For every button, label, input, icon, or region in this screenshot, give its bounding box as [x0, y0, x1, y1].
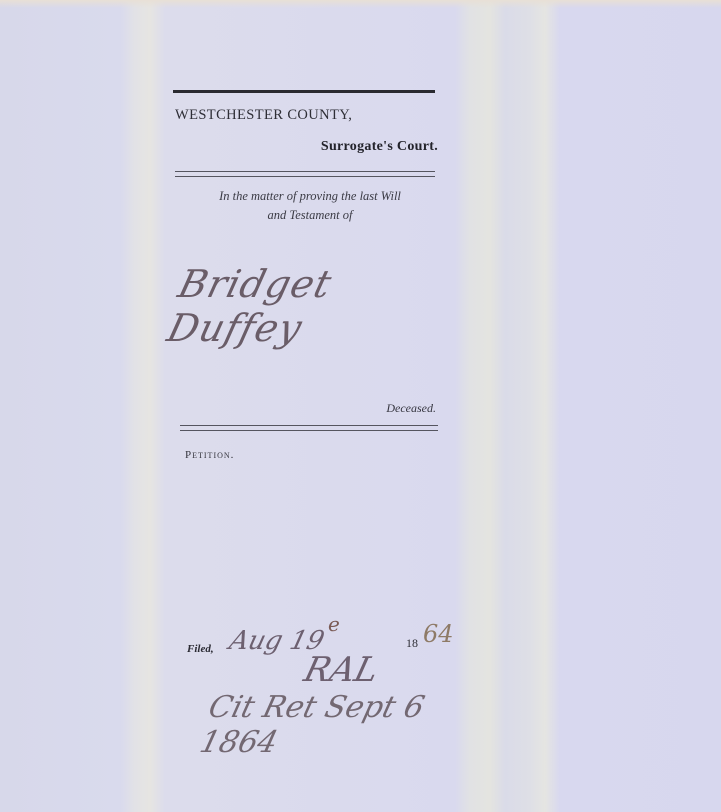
petition-label: Petition. — [185, 449, 234, 461]
court-heading: Surrogate's Court. — [321, 139, 438, 155]
citation-return-note: Cit Ret Sept 6 1864 — [196, 690, 468, 760]
clerk-initials-handwritten: RAL — [300, 650, 383, 690]
document-panel: WESTCHESTER COUNTY, Surrogate's Court. I… — [160, 0, 460, 812]
matter-line-2: and Testament of — [160, 206, 460, 225]
year-suffix-handwritten: 64 — [423, 620, 454, 648]
filed-date-suffix: e — [328, 612, 340, 636]
year-prefix: 18 — [406, 636, 418, 651]
header-double-rule — [175, 171, 435, 177]
matter-line-1: In the matter of proving the last Will — [160, 187, 460, 206]
deceased-label: Deceased. — [386, 401, 436, 416]
filed-label: Filed, — [187, 643, 214, 655]
county-heading: WESTCHESTER COUNTY, — [175, 107, 352, 124]
matter-text: In the matter of proving the last Will a… — [160, 187, 460, 225]
decedent-name-handwritten: Bridget Duffey — [163, 262, 471, 350]
middle-double-rule — [180, 425, 438, 431]
top-thick-rule — [173, 90, 435, 93]
